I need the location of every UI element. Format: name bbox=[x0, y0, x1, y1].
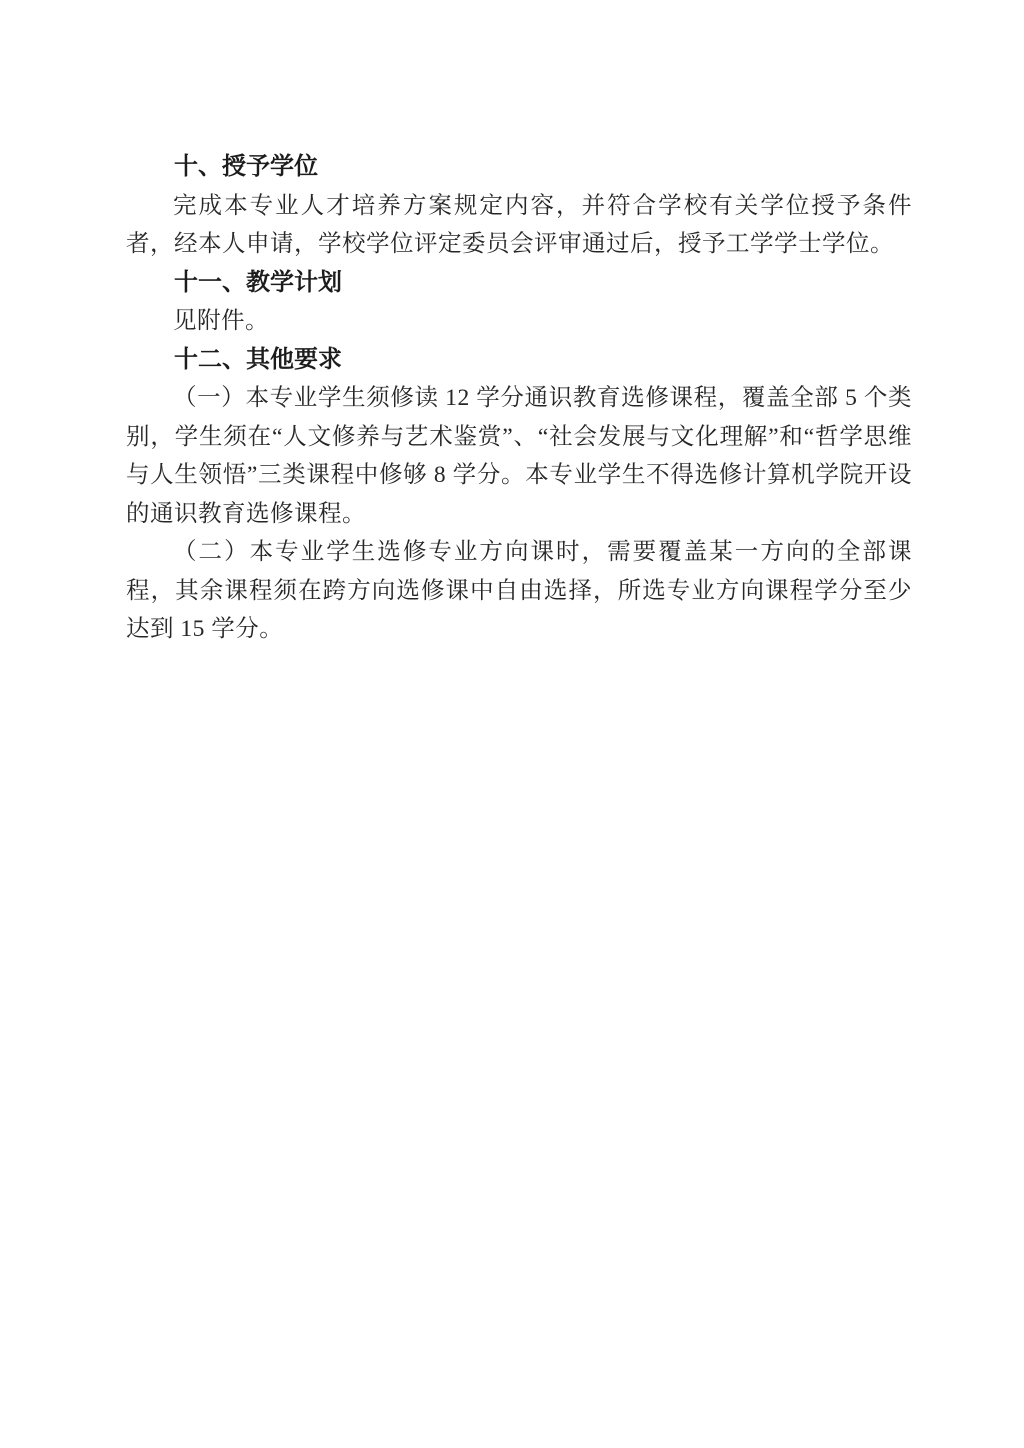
document-page: 十、授予学位 完成本专业人才培养方案规定内容，并符合学校有关学位授予条件者，经本… bbox=[0, 0, 1024, 1448]
section-heading-other-requirements: 十二、其他要求 bbox=[126, 341, 912, 380]
section-heading-degree-conferral: 十、授予学位 bbox=[126, 148, 912, 187]
paragraph-other-requirements-item-1: （一）本专业学生须修读 12 学分通识教育选修课程，覆盖全部 5 个类别，学生须… bbox=[126, 379, 912, 533]
paragraph-teaching-plan: 见附件。 bbox=[126, 302, 912, 341]
paragraph-other-requirements-item-2: （二）本专业学生选修专业方向课时，需要覆盖某一方向的全部课程，其余课程须在跨方向… bbox=[126, 533, 912, 649]
paragraph-degree-conferral: 完成本专业人才培养方案规定内容，并符合学校有关学位授予条件者，经本人申请，学校学… bbox=[126, 187, 912, 264]
section-heading-teaching-plan: 十一、教学计划 bbox=[126, 264, 912, 303]
document-body: 十、授予学位 完成本专业人才培养方案规定内容，并符合学校有关学位授予条件者，经本… bbox=[126, 148, 912, 649]
